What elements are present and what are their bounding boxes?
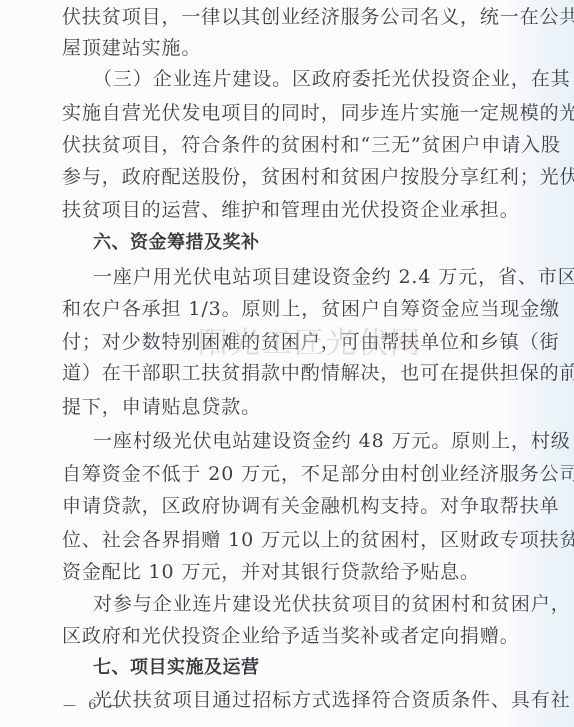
body-line-7: 扶贫项目的运营、维护和管理由光伏投资企业承担。	[62, 199, 462, 221]
body-line-8: 一座户用光伏电站项目建设资金约 2.4 万元，省、市区	[93, 266, 462, 288]
body-line-1: 伏扶贫项目，一律以其创业经济服务公司名义，统一在公共	[62, 6, 462, 28]
body-line-6: 参与，政府配送股份，贫困村和贫困户按股分享红利；光伏	[62, 166, 462, 188]
body-line-14: 自筹资金不低于 20 万元，不足部分由村创业经济服务公司	[62, 463, 462, 485]
body-line-4: 实施自营光伏发电项目的同时，同步连片实施一定规模的光	[62, 102, 462, 124]
body-line-9: 和农户各承担 1/3。原则上，贫困户自筹资金应当现金缴	[62, 298, 462, 320]
section-heading-six: 六、资金筹措及奖补	[93, 232, 260, 254]
body-line-12: 提下，申请贴息贷款。	[62, 396, 462, 418]
body-line-18: 对参与企业连片建设光伏扶贫项目的贫困村和贫困户，	[93, 593, 462, 615]
body-line-15: 申请贷款，区政府协调有关金融机构支持。对争取帮扶单	[62, 495, 462, 517]
watermark-text: 阳光工匠光伏网	[198, 318, 422, 362]
body-line-2: 屋顶建站实施。	[62, 37, 462, 59]
body-line-11: 道）在干部职工扶贫捐款中酌情解决，也可在提供担保的前	[62, 362, 462, 384]
body-line-20: 光伏扶贫项目通过招标方式选择符合资质条件、具有社	[93, 689, 462, 711]
page-number: — 6 —	[63, 698, 126, 713]
body-line-3-section-three: （三）企业连片建设。区政府委托光伏投资企业，在其	[93, 68, 462, 90]
body-line-5: 伏扶贫项目，符合条件的贫困村和“三无”贫困户申请入股	[62, 134, 462, 156]
body-line-19: 区政府和光伏投资企业给予适当奖补或者定向捐赠。	[62, 625, 462, 647]
body-line-16: 位、社会各界捐赠 10 万元以上的贫困村，区财政专项扶贫	[62, 529, 462, 551]
body-line-17: 资金配比 10 万元，并对其银行贷款给予贴息。	[62, 561, 462, 583]
section-heading-seven: 七、项目实施及运营	[93, 657, 260, 679]
body-line-13: 一座村级光伏电站建设资金约 48 万元。原则上，村级	[93, 430, 462, 452]
